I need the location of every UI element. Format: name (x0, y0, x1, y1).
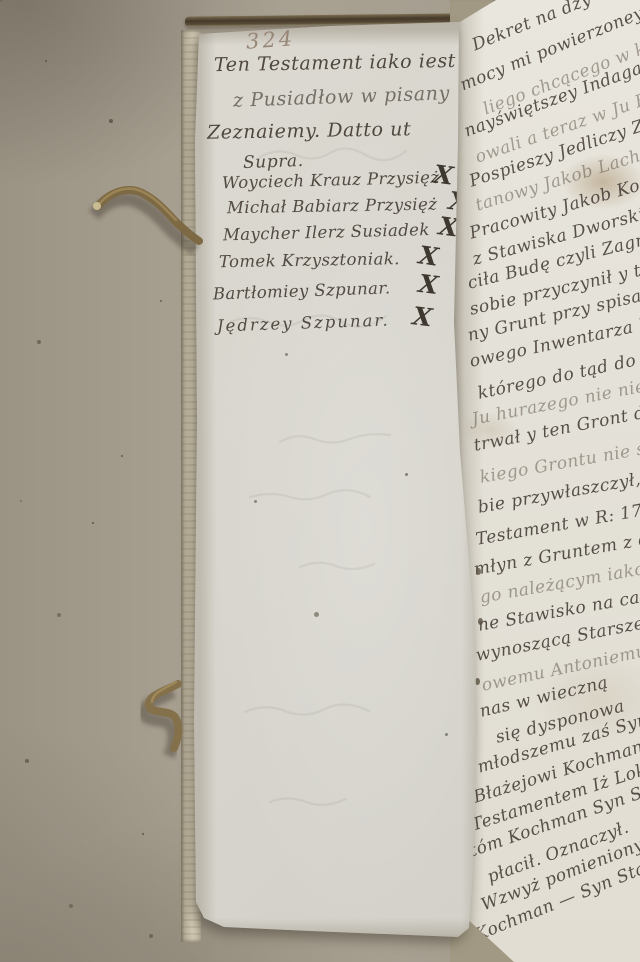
page-number: 324 (245, 26, 296, 53)
witness-row: Maycher Ilerz Susiadek X (223, 219, 484, 252)
witness-mark-x: X (417, 269, 440, 300)
witness-row: Bartłomiey Szpunar. X (213, 275, 474, 310)
heading-line-4: Supra. (243, 151, 304, 173)
heading-line-3: Zeznaiemy. Datto ut (207, 118, 412, 144)
witness-name: Maycher Ilerz Susiadek (223, 220, 430, 244)
left-page-paper: 324 Ten Testament iako iest z Pusiadłow … (190, 22, 482, 944)
cardboard-speckles (0, 0, 2, 2)
witness-row: Tomek Krzysztoniak. X (219, 248, 479, 279)
binding-cord-bottom (144, 682, 179, 756)
left-page: 324 Ten Testament iako iest z Pusiadłow … (190, 22, 482, 944)
witness-name: Michał Babiarz Przysięż (227, 195, 438, 218)
paper-specks (405, 473, 408, 476)
witness-mark-x: X (437, 211, 460, 242)
heading-line-1: Ten Testament iako iest (214, 50, 456, 76)
witness-name: Tomek Krzysztoniak. (219, 249, 400, 271)
heading-line-2: z Pusiadłow w pisany (233, 82, 451, 112)
witness-row: Jędrzey Szpunar. X (217, 307, 478, 342)
manuscript-photo: Dekret na dzy mocy mi powierzoney w lieg… (0, 0, 640, 962)
witness-mark-x: X (411, 301, 434, 332)
witness-name: Jędrzey Szpunar. (217, 311, 390, 336)
witness-mark-x: X (417, 240, 440, 271)
witness-name: Bartłomiey Szpunar. (213, 278, 391, 303)
